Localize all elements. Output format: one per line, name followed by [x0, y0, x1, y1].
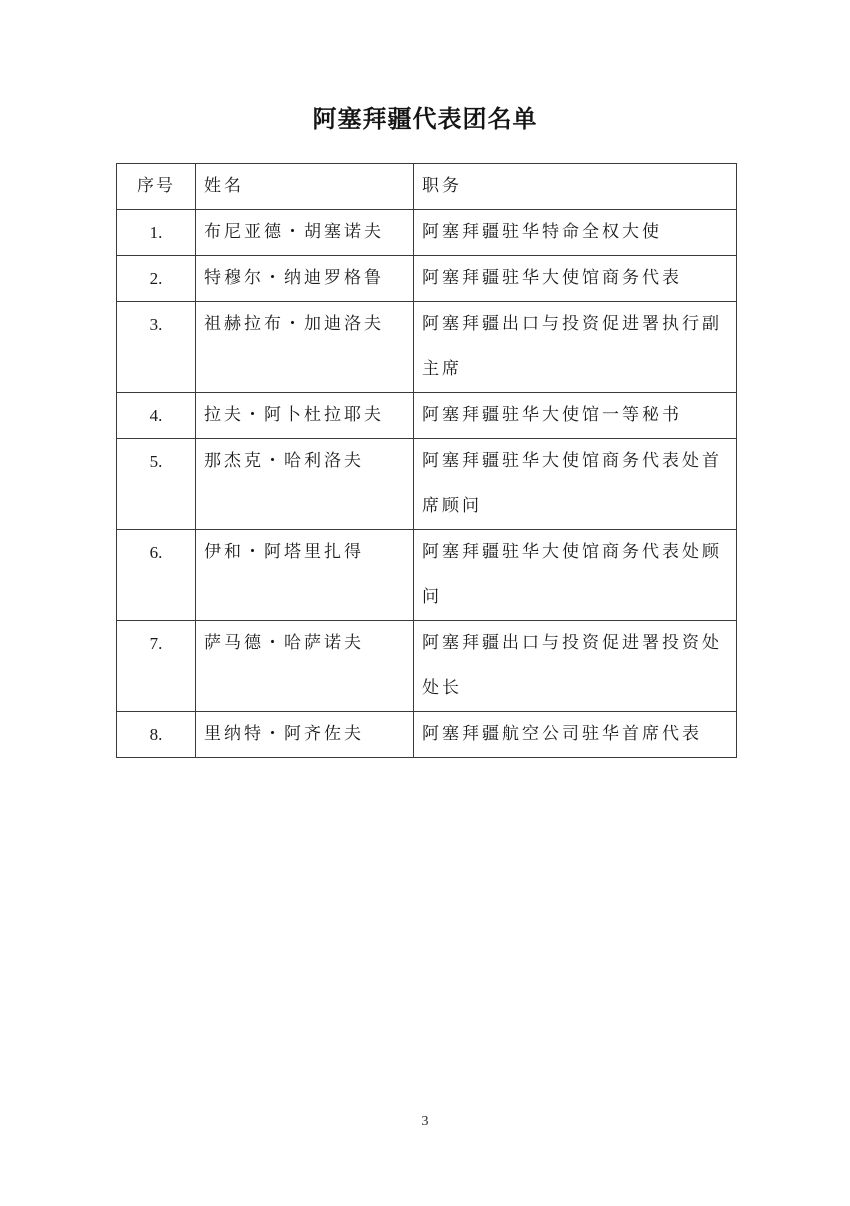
- header-position: 职务: [414, 164, 737, 210]
- document-title: 阿塞拜疆代表团名单: [0, 99, 850, 134]
- header-name: 姓名: [196, 164, 414, 210]
- cell-seq: 6.: [117, 530, 196, 621]
- table-row: 3. 祖赫拉布・加迪洛夫 阿塞拜疆出口与投资促进署执行副主席: [117, 302, 737, 393]
- cell-name: 特穆尔・纳迪罗格鲁: [196, 256, 414, 302]
- cell-position: 阿塞拜疆驻华大使馆商务代表处首席顾问: [414, 439, 737, 530]
- cell-name: 里纳特・阿齐佐夫: [196, 712, 414, 758]
- table-row: 1. 布尼亚德・胡塞诺夫 阿塞拜疆驻华特命全权大使: [117, 210, 737, 256]
- cell-seq: 5.: [117, 439, 196, 530]
- cell-name: 那杰克・哈利洛夫: [196, 439, 414, 530]
- cell-position: 阿塞拜疆航空公司驻华首席代表: [414, 712, 737, 758]
- cell-position: 阿塞拜疆驻华大使馆商务代表处顾问: [414, 530, 737, 621]
- cell-seq: 1.: [117, 210, 196, 256]
- cell-position: 阿塞拜疆驻华大使馆一等秘书: [414, 393, 737, 439]
- table-row: 7. 萨马德・哈萨诺夫 阿塞拜疆出口与投资促进署投资处处长: [117, 621, 737, 712]
- cell-position: 阿塞拜疆出口与投资促进署投资处处长: [414, 621, 737, 712]
- cell-seq: 8.: [117, 712, 196, 758]
- cell-name: 伊和・阿塔里扎得: [196, 530, 414, 621]
- cell-name: 布尼亚德・胡塞诺夫: [196, 210, 414, 256]
- cell-position: 阿塞拜疆出口与投资促进署执行副主席: [414, 302, 737, 393]
- cell-position: 阿塞拜疆驻华特命全权大使: [414, 210, 737, 256]
- table-row: 4. 拉夫・阿卜杜拉耶夫 阿塞拜疆驻华大使馆一等秘书: [117, 393, 737, 439]
- header-seq: 序号: [117, 164, 196, 210]
- cell-seq: 4.: [117, 393, 196, 439]
- cell-position: 阿塞拜疆驻华大使馆商务代表: [414, 256, 737, 302]
- cell-name: 萨马德・哈萨诺夫: [196, 621, 414, 712]
- cell-seq: 2.: [117, 256, 196, 302]
- page-number: 3: [0, 1114, 850, 1130]
- delegation-table: 序号 姓名 职务 1. 布尼亚德・胡塞诺夫 阿塞拜疆驻华特命全权大使 2. 特穆…: [116, 163, 737, 758]
- cell-seq: 7.: [117, 621, 196, 712]
- table-row: 6. 伊和・阿塔里扎得 阿塞拜疆驻华大使馆商务代表处顾问: [117, 530, 737, 621]
- cell-seq: 3.: [117, 302, 196, 393]
- cell-name: 拉夫・阿卜杜拉耶夫: [196, 393, 414, 439]
- table-row: 8. 里纳特・阿齐佐夫 阿塞拜疆航空公司驻华首席代表: [117, 712, 737, 758]
- cell-name: 祖赫拉布・加迪洛夫: [196, 302, 414, 393]
- table-header-row: 序号 姓名 职务: [117, 164, 737, 210]
- table-row: 2. 特穆尔・纳迪罗格鲁 阿塞拜疆驻华大使馆商务代表: [117, 256, 737, 302]
- table-row: 5. 那杰克・哈利洛夫 阿塞拜疆驻华大使馆商务代表处首席顾问: [117, 439, 737, 530]
